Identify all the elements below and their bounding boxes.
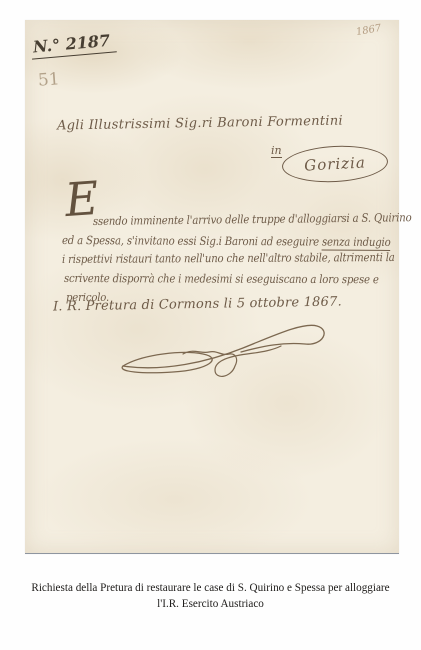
caption-line-1: Richiesta della Pretura di restaurare le… [15, 579, 407, 595]
scanned-document-page: N.° 2187 51 1867 Agli Illustrissimi Sig.… [0, 0, 421, 650]
body-line-2-prefix: ed a Spessa, s'invitano essi Sig.i Baron… [62, 233, 322, 249]
body-line-1: ssendo imminente l'arrivo delle truppe d… [93, 210, 412, 228]
body-line-2: ed a Spessa, s'invitano essi Sig.i Baron… [62, 233, 391, 249]
caption-line-2: l'I.R. Esercito Austriaco [15, 595, 407, 611]
typed-caption: Richiesta della Pretura di restaurare le… [0, 579, 421, 611]
pencil-corner-year: 1867 [355, 23, 382, 38]
pencil-archival-number: 51 [37, 69, 60, 90]
body-line-4: scrivente disporrà che i medesimi si ese… [64, 271, 379, 286]
city-oval-flourish: Gorizia [281, 143, 389, 184]
address-city: Gorizia [304, 153, 366, 174]
body-line-2-underlined-phrase: senza indugio [322, 235, 391, 251]
signature-flourish [113, 314, 333, 390]
document-paper: N.° 2187 51 1867 Agli Illustrissimi Sig.… [25, 20, 399, 554]
registry-number: N.° 2187 [30, 30, 117, 59]
address-line: Agli Illustrissimi Sig.ri Baroni Forment… [57, 114, 343, 134]
address-in-word: in [271, 144, 282, 158]
body-line-3: i rispettivi ristauri tanto nell'uno che… [62, 250, 395, 266]
